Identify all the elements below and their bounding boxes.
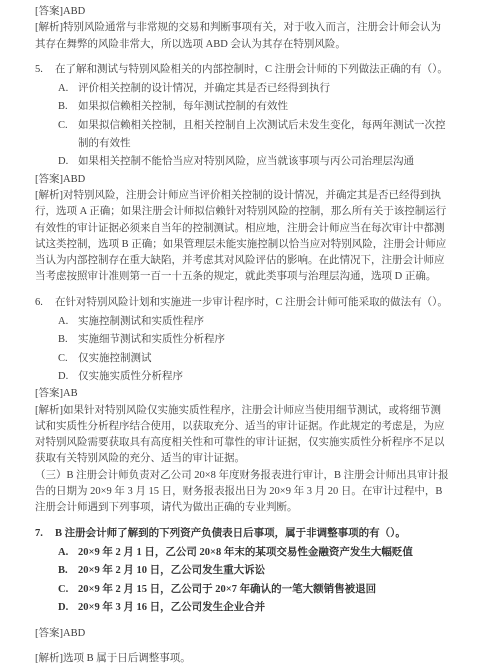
option-text: 20×9 年 2 月 15 日，乙公司于 20×7 年确认的一笔大额销售被退回 (78, 581, 376, 599)
question-number: 7. (35, 526, 55, 542)
explanation-paragraph: [解析]特别风险通常与非常规的交易和判断事项有关，对于收入而言，注册会计师会认为… (35, 20, 455, 53)
explanation-line: 当认为内部控制存在重大缺陷，并考虑其对风险评估的影响。在此情况下，注册会计师应 (35, 253, 455, 269)
question-block: 5.在了解和测试与特别风险相关的内部控制时，C 注册会计师的下列做法正确的有（）… (35, 62, 455, 172)
option-letter: A. (58, 313, 78, 331)
answer-line: [答案]ABD (35, 626, 455, 642)
option-row: A.评价相关控制的设计情况，并确定其是否已经得到执行 (35, 80, 455, 98)
question-stem-row: 7.B 注册会计师了解到的下列资产负债表日后事项，属于非调整事项的有（）。 (35, 526, 455, 542)
options-list: A.实施控制测试和实质性程序B.实施细节测试和实质性分析程序C.仅实施控制测试D… (35, 313, 455, 386)
explanation-line: 行，选项 A 正确；如果注册会计师拟信赖针对特别风险的控制，那么所有关于该控制运… (35, 204, 455, 220)
option-text: 评价相关控制的设计情况，并确定其是否已经得到执行 (78, 80, 330, 98)
option-row: C.20×9 年 2 月 15 日，乙公司于 20×7 年确认的一笔大额销售被退… (35, 581, 455, 599)
option-letter: C. (58, 581, 78, 599)
option-line: 制的有效性 (78, 135, 446, 153)
answer-line: [答案]ABD (35, 4, 455, 20)
option-line: 如果相关控制不能恰当应对特别风险，应当就该事项与丙公司治理层沟通 (78, 153, 414, 171)
answer-line: [答案]AB (35, 386, 455, 402)
option-row: C.如果拟信赖相关控制，且相关控制自上次测试后未发生变化，每两年测试一次控制的有… (35, 117, 455, 154)
explanation-line: 试和实质性分析程序结合使用，以获取充分、适当的审计证据。作此规定的考虑是，为应 (35, 419, 455, 435)
option-row: D.仅实施实质性分析程序 (35, 368, 455, 386)
explanation-line: 获取有关特别风险的充分、适当的审计证据。 (35, 451, 455, 467)
question-block: 6.在针对特别风险计划和实施进一步审计程序时，C 注册会计师可能采取的做法有（）… (35, 295, 455, 386)
option-line: 20×9 年 2 月 10 日，乙公司发生重大诉讼 (78, 562, 265, 580)
explanation-line: 当考虑按照审计准则第一百一十五条的规定，就此类事项与治理层沟通，选项 D 正确。 (35, 269, 455, 285)
option-text: 20×9 年 3 月 16 日，乙公司发生企业合并 (78, 599, 265, 617)
option-letter: B. (58, 331, 78, 349)
options-list: A.20×9 年 2 月 1 日，乙公司 20×8 年末的某项交易性金融资产发生… (35, 544, 455, 617)
option-text: 实施细节测试和实质性分析程序 (78, 331, 225, 349)
explanation-line: [解析]选项 B 属于日后调整事项。 (35, 651, 455, 664)
option-text: 如果拟信赖相关控制，每年测试控制的有效性 (78, 98, 288, 116)
option-text: 如果相关控制不能恰当应对特别风险，应当就该事项与丙公司治理层沟通 (78, 153, 414, 171)
section-line: 注册会计师遇到下列事项，请代为做出正确的专业判断。 (35, 500, 455, 516)
explanation-paragraph: [解析]如果针对特别风险仅实施实质性程序，注册会计师应当使用细节测试，或将细节测… (35, 403, 455, 468)
answer-line: [答案]ABD (35, 172, 455, 188)
explanation-line: 对特别风险需要获取具有高度相关性和可靠性的审计证据，仅实施实质性分析程序不足以 (35, 435, 455, 451)
option-row: B.20×9 年 2 月 10 日，乙公司发生重大诉讼 (35, 562, 455, 580)
explanation-paragraph: [解析]对特别风险，注册会计师应当评价相关控制的设计情况，并确定其是否已经得到执… (35, 188, 455, 286)
option-line: 20×9 年 2 月 1 日，乙公司 20×8 年末的某项交易性金融资产发生大幅… (78, 544, 413, 562)
option-row: B.如果拟信赖相关控制，每年测试控制的有效性 (35, 98, 455, 116)
option-row: A.实施控制测试和实质性程序 (35, 313, 455, 331)
option-text: 20×9 年 2 月 1 日，乙公司 20×8 年末的某项交易性金融资产发生大幅… (78, 544, 413, 562)
option-letter: C. (58, 350, 78, 368)
question-stem: 在针对特别风险计划和实施进一步审计程序时，C 注册会计师可能采取的做法有（）。 (55, 295, 455, 311)
document-page: [答案]ABD[解析]特别风险通常与非常规的交易和判断事项有关，对于收入而言，注… (0, 0, 483, 664)
option-row: C.仅实施控制测试 (35, 350, 455, 368)
explanation-line: [解析]特别风险通常与非常规的交易和判断事项有关，对于收入而言，注册会计师会认为 (35, 20, 455, 36)
option-line: 实施控制测试和实质性程序 (78, 313, 204, 331)
option-letter: A. (58, 544, 78, 562)
option-text: 如果拟信赖相关控制，且相关控制自上次测试后未发生变化，每两年测试一次控制的有效性 (78, 117, 446, 154)
option-text: 20×9 年 2 月 10 日，乙公司发生重大诉讼 (78, 562, 265, 580)
option-letter: D. (58, 368, 78, 386)
question-number: 6. (35, 295, 55, 311)
explanation-line: [解析]对特别风险，注册会计师应当评价相关控制的设计情况，并确定其是否已经得到执 (35, 188, 455, 204)
option-letter: A. (58, 80, 78, 98)
explanation-line: 试这类控制，选项 B 正确；如果管理层未能实施控制以恰当应对特别风险，注册会计师… (35, 237, 455, 253)
option-line: 20×9 年 3 月 16 日，乙公司发生企业合并 (78, 599, 265, 617)
option-row: D.如果相关控制不能恰当应对特别风险，应当就该事项与丙公司治理层沟通 (35, 153, 455, 171)
question-block: 7.B 注册会计师了解到的下列资产负债表日后事项，属于非调整事项的有（）。A.2… (35, 526, 455, 617)
option-letter: B. (58, 98, 78, 116)
option-letter: C. (58, 117, 78, 154)
option-text: 仅实施实质性分析程序 (78, 368, 183, 386)
section-line: （三）B 注册会计师负责对乙公司 20×8 年度财务报表进行审计，B 注册会计师… (35, 468, 455, 484)
option-line: 仅实施实质性分析程序 (78, 368, 183, 386)
question-stem-row: 6.在针对特别风险计划和实施进一步审计程序时，C 注册会计师可能采取的做法有（）… (35, 295, 455, 311)
question-number: 5. (35, 62, 55, 78)
option-line: 实施细节测试和实质性分析程序 (78, 331, 225, 349)
option-row: D.20×9 年 3 月 16 日，乙公司发生企业合并 (35, 599, 455, 617)
option-text: 仅实施控制测试 (78, 350, 152, 368)
options-list: A.评价相关控制的设计情况，并确定其是否已经得到执行B.如果拟信赖相关控制，每年… (35, 80, 455, 171)
explanation-line: 其存在舞弊的风险非常大，所以选项 ABD 会认为其存在特别风险。 (35, 37, 455, 53)
option-letter: D. (58, 153, 78, 171)
option-line: 如果拟信赖相关控制，每年测试控制的有效性 (78, 98, 288, 116)
option-row: A.20×9 年 2 月 1 日，乙公司 20×8 年末的某项交易性金融资产发生… (35, 544, 455, 562)
question-stem: 在了解和测试与特别风险相关的内部控制时，C 注册会计师的下列做法正确的有（）。 (55, 62, 455, 78)
option-line: 如果拟信赖相关控制，且相关控制自上次测试后未发生变化，每两年测试一次控 (78, 117, 446, 135)
option-line: 评价相关控制的设计情况，并确定其是否已经得到执行 (78, 80, 330, 98)
option-letter: B. (58, 562, 78, 580)
explanation-line: 有效性的审计证据必须来自当年的控制测试。相应地，注册会计师应当在每次审计中都测 (35, 221, 455, 237)
option-line: 20×9 年 2 月 15 日，乙公司于 20×7 年确认的一笔大额销售被退回 (78, 581, 376, 599)
option-letter: D. (58, 599, 78, 617)
option-text: 实施控制测试和实质性程序 (78, 313, 204, 331)
option-row: B.实施细节测试和实质性分析程序 (35, 331, 455, 349)
question-stem: B 注册会计师了解到的下列资产负债表日后事项，属于非调整事项的有（）。 (55, 526, 455, 542)
option-line: 仅实施控制测试 (78, 350, 152, 368)
explanation-paragraph: [解析]选项 B 属于日后调整事项。 (35, 651, 455, 664)
explanation-line: [解析]如果针对特别风险仅实施实质性程序，注册会计师应当使用细节测试，或将细节测 (35, 403, 455, 419)
section-line: 告的日期为 20×9 年 3 月 15 日，财务报表报出日为 20×9 年 3 … (35, 484, 455, 500)
question-stem-row: 5.在了解和测试与特别风险相关的内部控制时，C 注册会计师的下列做法正确的有（）… (35, 62, 455, 78)
section-paragraph: （三）B 注册会计师负责对乙公司 20×8 年度财务报表进行审计，B 注册会计师… (35, 468, 455, 517)
